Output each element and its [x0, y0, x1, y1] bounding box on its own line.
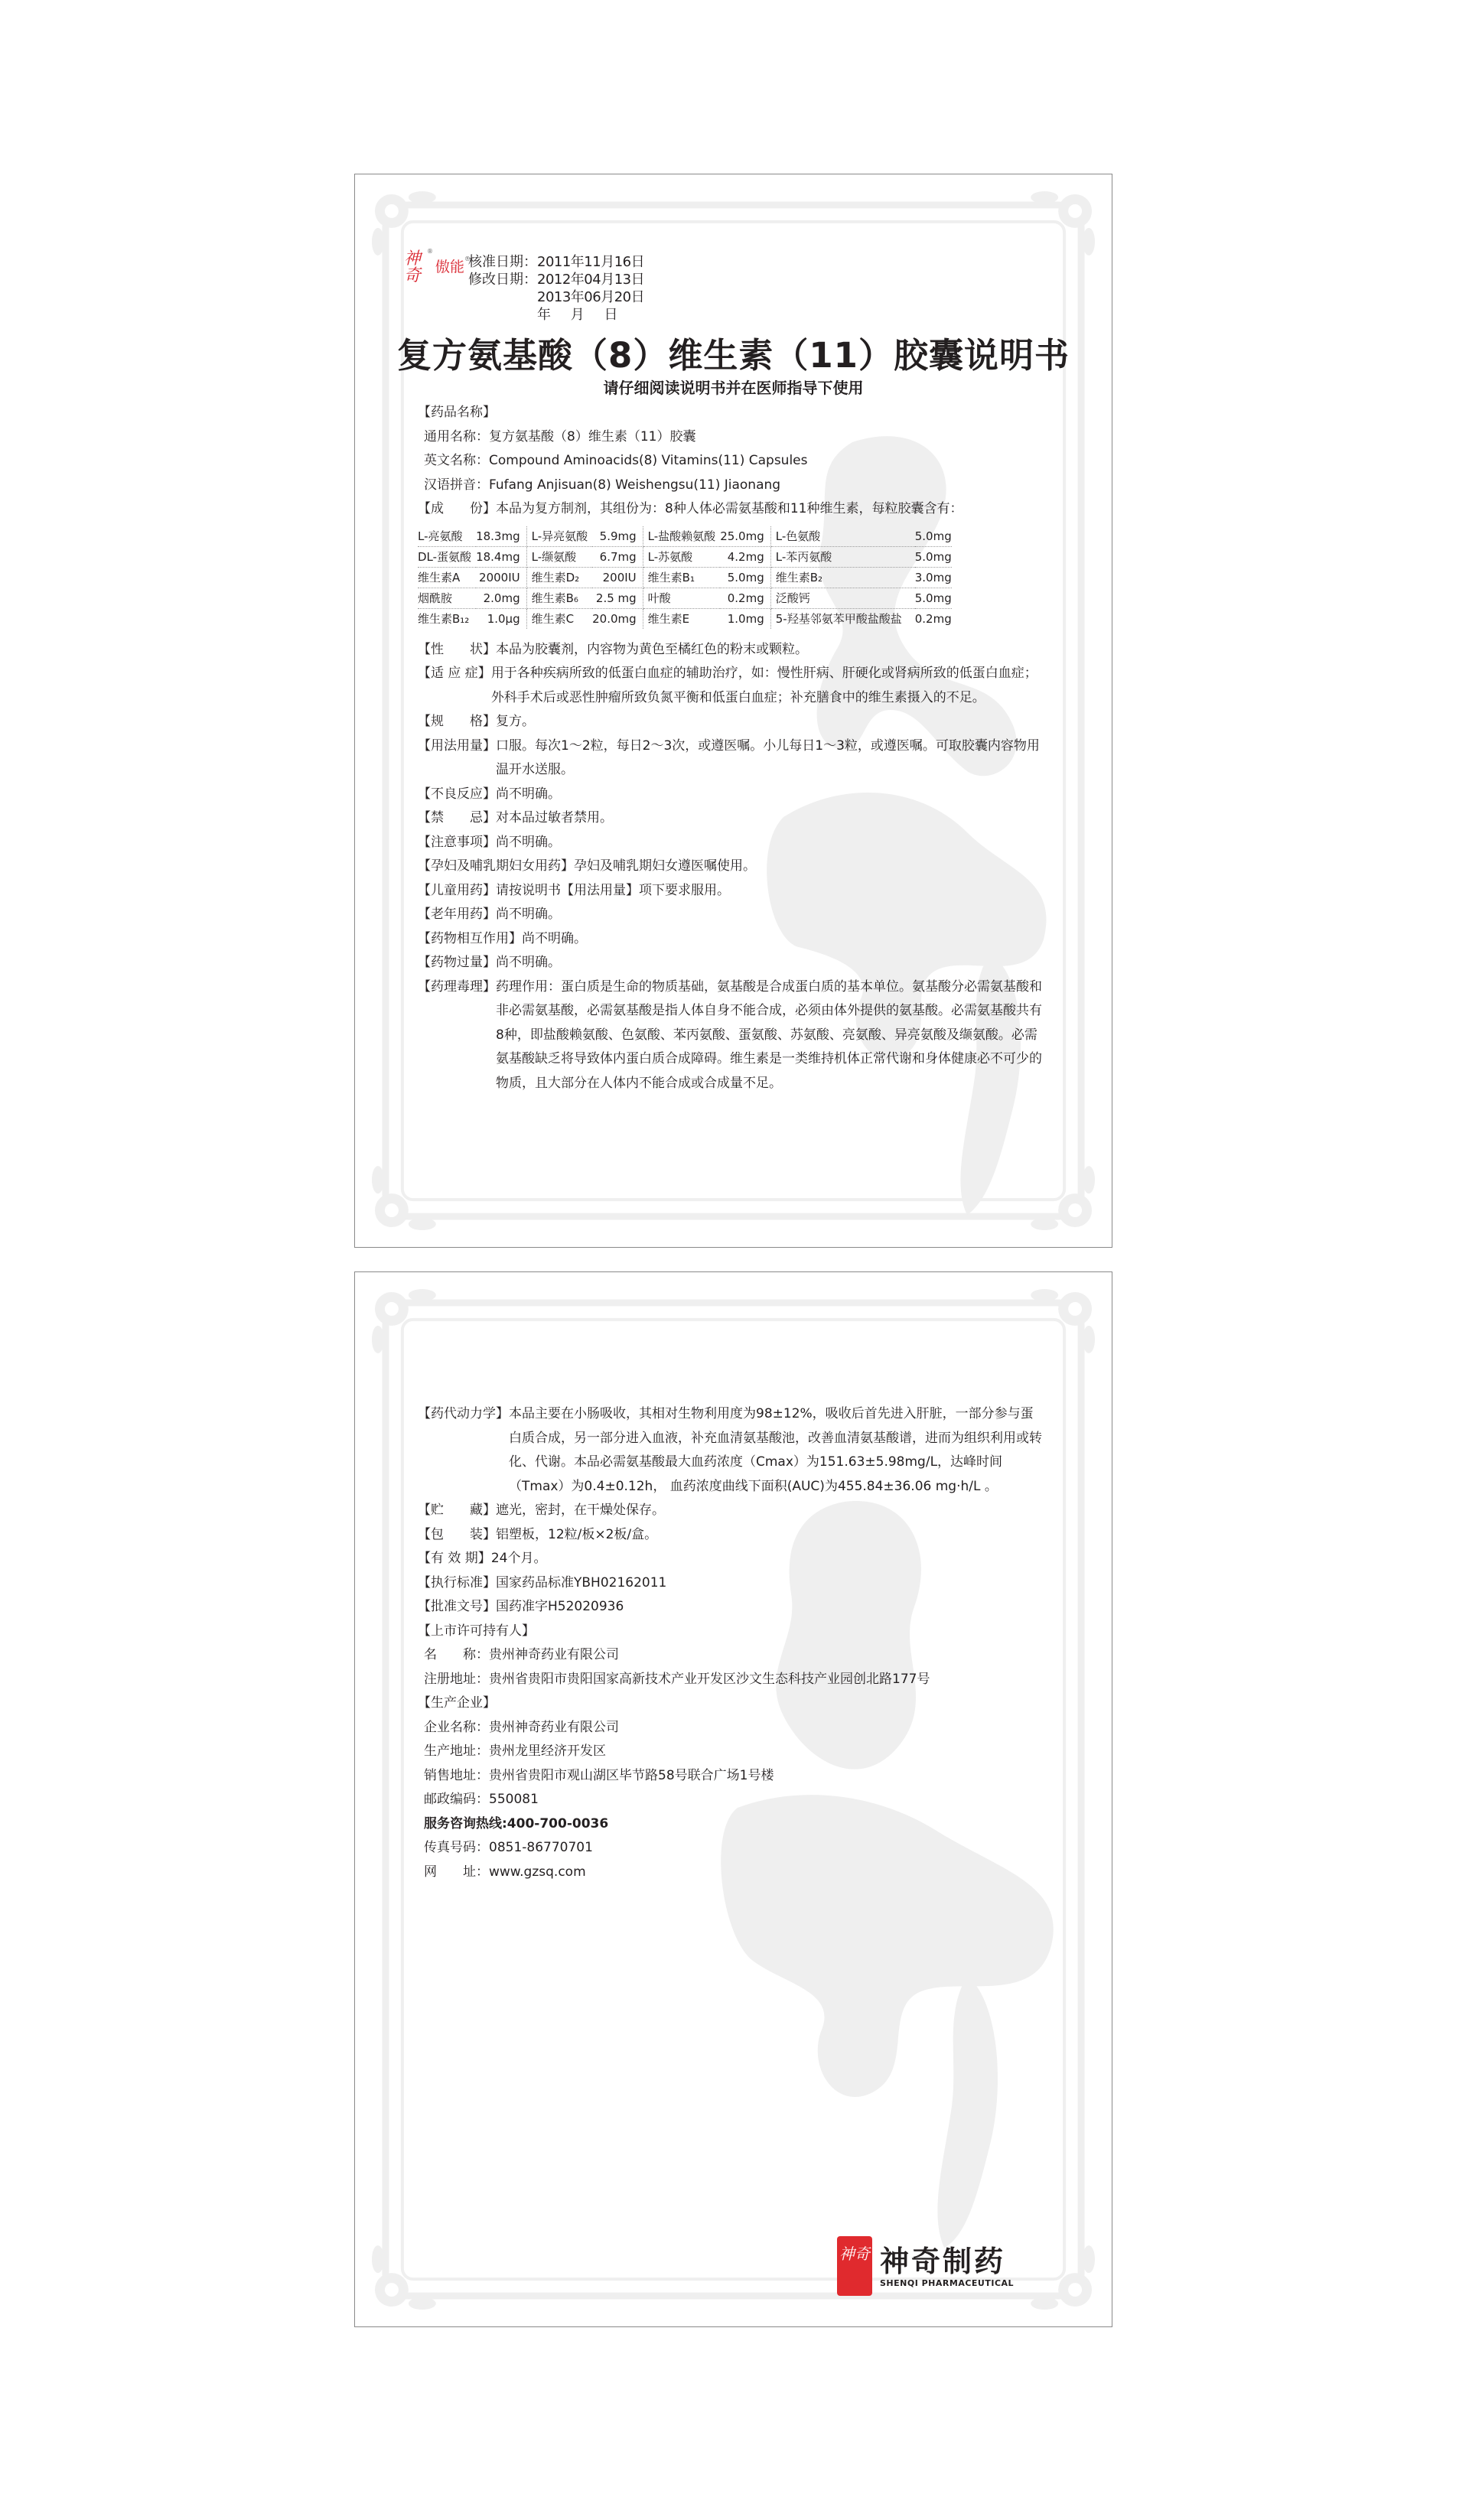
field-holder-address: 注册地址：贵州省贵阳市贵阳国家高新技术产业开发区沙文生态科技产业园创北路177号 — [418, 1668, 1045, 1692]
table-row: 维生素B₁₂1.0μg 维生素C20.0mg 维生素E1.0mg 5-羟基邻氨苯… — [418, 608, 952, 629]
table-row: DL-蛋氨酸18.4mg L-缬氨酸6.7mg L-苏氨酸4.2mg L-苯丙氨… — [418, 546, 952, 567]
field-english-name: 英文名称：Compound Aminoacids(8) Vitamins(11)… — [418, 449, 1045, 474]
field-fax: 传真号码：0851-86770701 — [418, 1836, 1045, 1861]
section-composition: 【成 份】本品为复方制剂，其组份为：8种人体必需氨基酸和11种维生素，每粒胶囊含… — [418, 497, 1045, 522]
section-storage: 【贮 藏】遮光，密封，在干燥处保存。 — [418, 1499, 1045, 1523]
field-holder-name: 名 称：贵州神奇药业有限公司 — [418, 1643, 1045, 1668]
section-interactions: 【药物相互作用】尚不明确。 — [418, 927, 1045, 952]
insert-body-page-2: 【药代动力学】本品主要在小肠吸收，其相对生物利用度为98±12%，吸收后首先进入… — [418, 1402, 1045, 1884]
section-standard: 【执行标准】国家药品标准YBH02162011 — [418, 1571, 1045, 1596]
revision-date-blank: 年 月 日 — [468, 306, 644, 324]
service-hotline: 服务咨询热线:400-700-0036 — [418, 1812, 1045, 1837]
company-logo-cn: 神奇制药 — [880, 2245, 1014, 2278]
shenqi-pharmaceutical-logo: 神奇 神奇制药 SHENQI PHARMACEUTICAL — [837, 2236, 1014, 2296]
section-packaging: 【包 装】铝塑板，12粒/板×2板/盒。 — [418, 1523, 1045, 1548]
insert-body-page-1: 【药品名称】 通用名称：复方氨基酸（8）维生素（11）胶囊 英文名称：Compo… — [418, 401, 1045, 1096]
red-seal-icon: 神奇 — [837, 2236, 872, 2296]
section-precautions: 【注意事项】尚不明确。 — [418, 831, 1045, 855]
section-indications: 【适 应 症】用于各种疾病所致的低蛋白血症的辅助治疗，如：慢性肝病、肝硬化或肾病… — [418, 662, 1045, 710]
insert-page-1: 神奇 ® 傲能® 核准日期：2011年11月16日 修改日期：2012年04月1… — [354, 174, 1112, 1248]
section-approval-number: 【批准文号】国药准字H52020936 — [418, 1595, 1045, 1620]
section-adverse-reactions: 【不良反应】尚不明确。 — [418, 783, 1045, 807]
section-shelf-life: 【有 效 期】24个月。 — [418, 1547, 1045, 1571]
section-specification: 【规 格】复方。 — [418, 710, 1045, 734]
ingredients-table: L-亮氨酸18.3mg L-异亮氨酸5.9mg L-盐酸赖氨酸25.0mg L-… — [418, 526, 952, 629]
field-postal-code: 邮政编码：550081 — [418, 1788, 1045, 1812]
section-drug-name-heading: 【药品名称】 — [418, 401, 1045, 425]
approval-date: 核准日期：2011年11月16日 — [468, 253, 644, 271]
revision-date-1: 修改日期：2012年04月13日 — [468, 271, 644, 288]
field-company-name: 企业名称：贵州神奇药业有限公司 — [418, 1716, 1045, 1740]
section-description: 【性 状】本品为胶囊剂，内容物为黄色至橘红色的粉末或颗粒。 — [418, 638, 1045, 663]
table-row: 维生素A2000IU 维生素D₂200IU 维生素B₁5.0mg 维生素B₂3.… — [418, 567, 952, 588]
section-pharmacology: 【药理毒理】药理作用：蛋白质是生命的物质基础，氨基酸是合成蛋白质的基本单位。氨基… — [418, 975, 1045, 1096]
field-pinyin-name: 汉语拼音：Fufang Anjisuan(8) Weishengsu(11) J… — [418, 474, 1045, 498]
shenqi-calligraphy-logo: 神奇 ® — [404, 251, 430, 297]
field-generic-name: 通用名称：复方氨基酸（8）维生素（11）胶囊 — [418, 425, 1045, 450]
company-logo-en: SHENQI PHARMACEUTICAL — [880, 2278, 1014, 2288]
section-geriatric: 【老年用药】尚不明确。 — [418, 903, 1045, 927]
table-row: L-亮氨酸18.3mg L-异亮氨酸5.9mg L-盐酸赖氨酸25.0mg L-… — [418, 526, 952, 547]
section-pharmacokinetics: 【药代动力学】本品主要在小肠吸收，其相对生物利用度为98±12%，吸收后首先进入… — [418, 1402, 1045, 1499]
field-production-address: 生产地址：贵州龙里经济开发区 — [418, 1740, 1045, 1764]
field-sales-address: 销售地址：贵州省贵阳市观山湖区毕节路58号联合广场1号楼 — [418, 1764, 1045, 1789]
section-manufacturer: 【生产企业】 — [418, 1691, 1045, 1716]
section-contraindications: 【禁 忌】对本品过敏者禁用。 — [418, 806, 1045, 831]
field-website: 网 址：www.gzsq.com — [418, 1861, 1045, 1885]
insert-page-2: 【药代动力学】本品主要在小肠吸收，其相对生物利用度为98±12%，吸收后首先进入… — [354, 1271, 1112, 2327]
aoneng-brand-logo: 傲能® — [435, 256, 471, 276]
section-license-holder: 【上市许可持有人】 — [418, 1620, 1045, 1644]
section-dosage: 【用法用量】口服。每次1～2粒，每日2～3次，或遵医嘱。小儿每日1～3粒，或遵医… — [418, 734, 1045, 783]
document-title: 复方氨基酸（8）维生素（11）胶囊说明书 — [355, 327, 1112, 377]
section-overdose: 【药物过量】尚不明确。 — [418, 951, 1045, 975]
section-pediatric: 【儿童用药】请按说明书【用法用量】项下要求服用。 — [418, 879, 1045, 903]
document-subtitle: 请仔细阅读说明书并在医师指导下使用 — [355, 376, 1112, 398]
date-block: 核准日期：2011年11月16日 修改日期：2012年04月13日 2013年0… — [468, 253, 644, 324]
section-pregnancy: 【孕妇及哺乳期妇女用药】孕妇及哺乳期妇女遵医嘱使用。 — [418, 855, 1045, 879]
revision-date-2: 2013年06月20日 — [468, 288, 644, 306]
table-row: 烟酰胺2.0mg 维生素B₆2.5 mg 叶酸0.2mg 泛酸钙5.0mg — [418, 588, 952, 608]
